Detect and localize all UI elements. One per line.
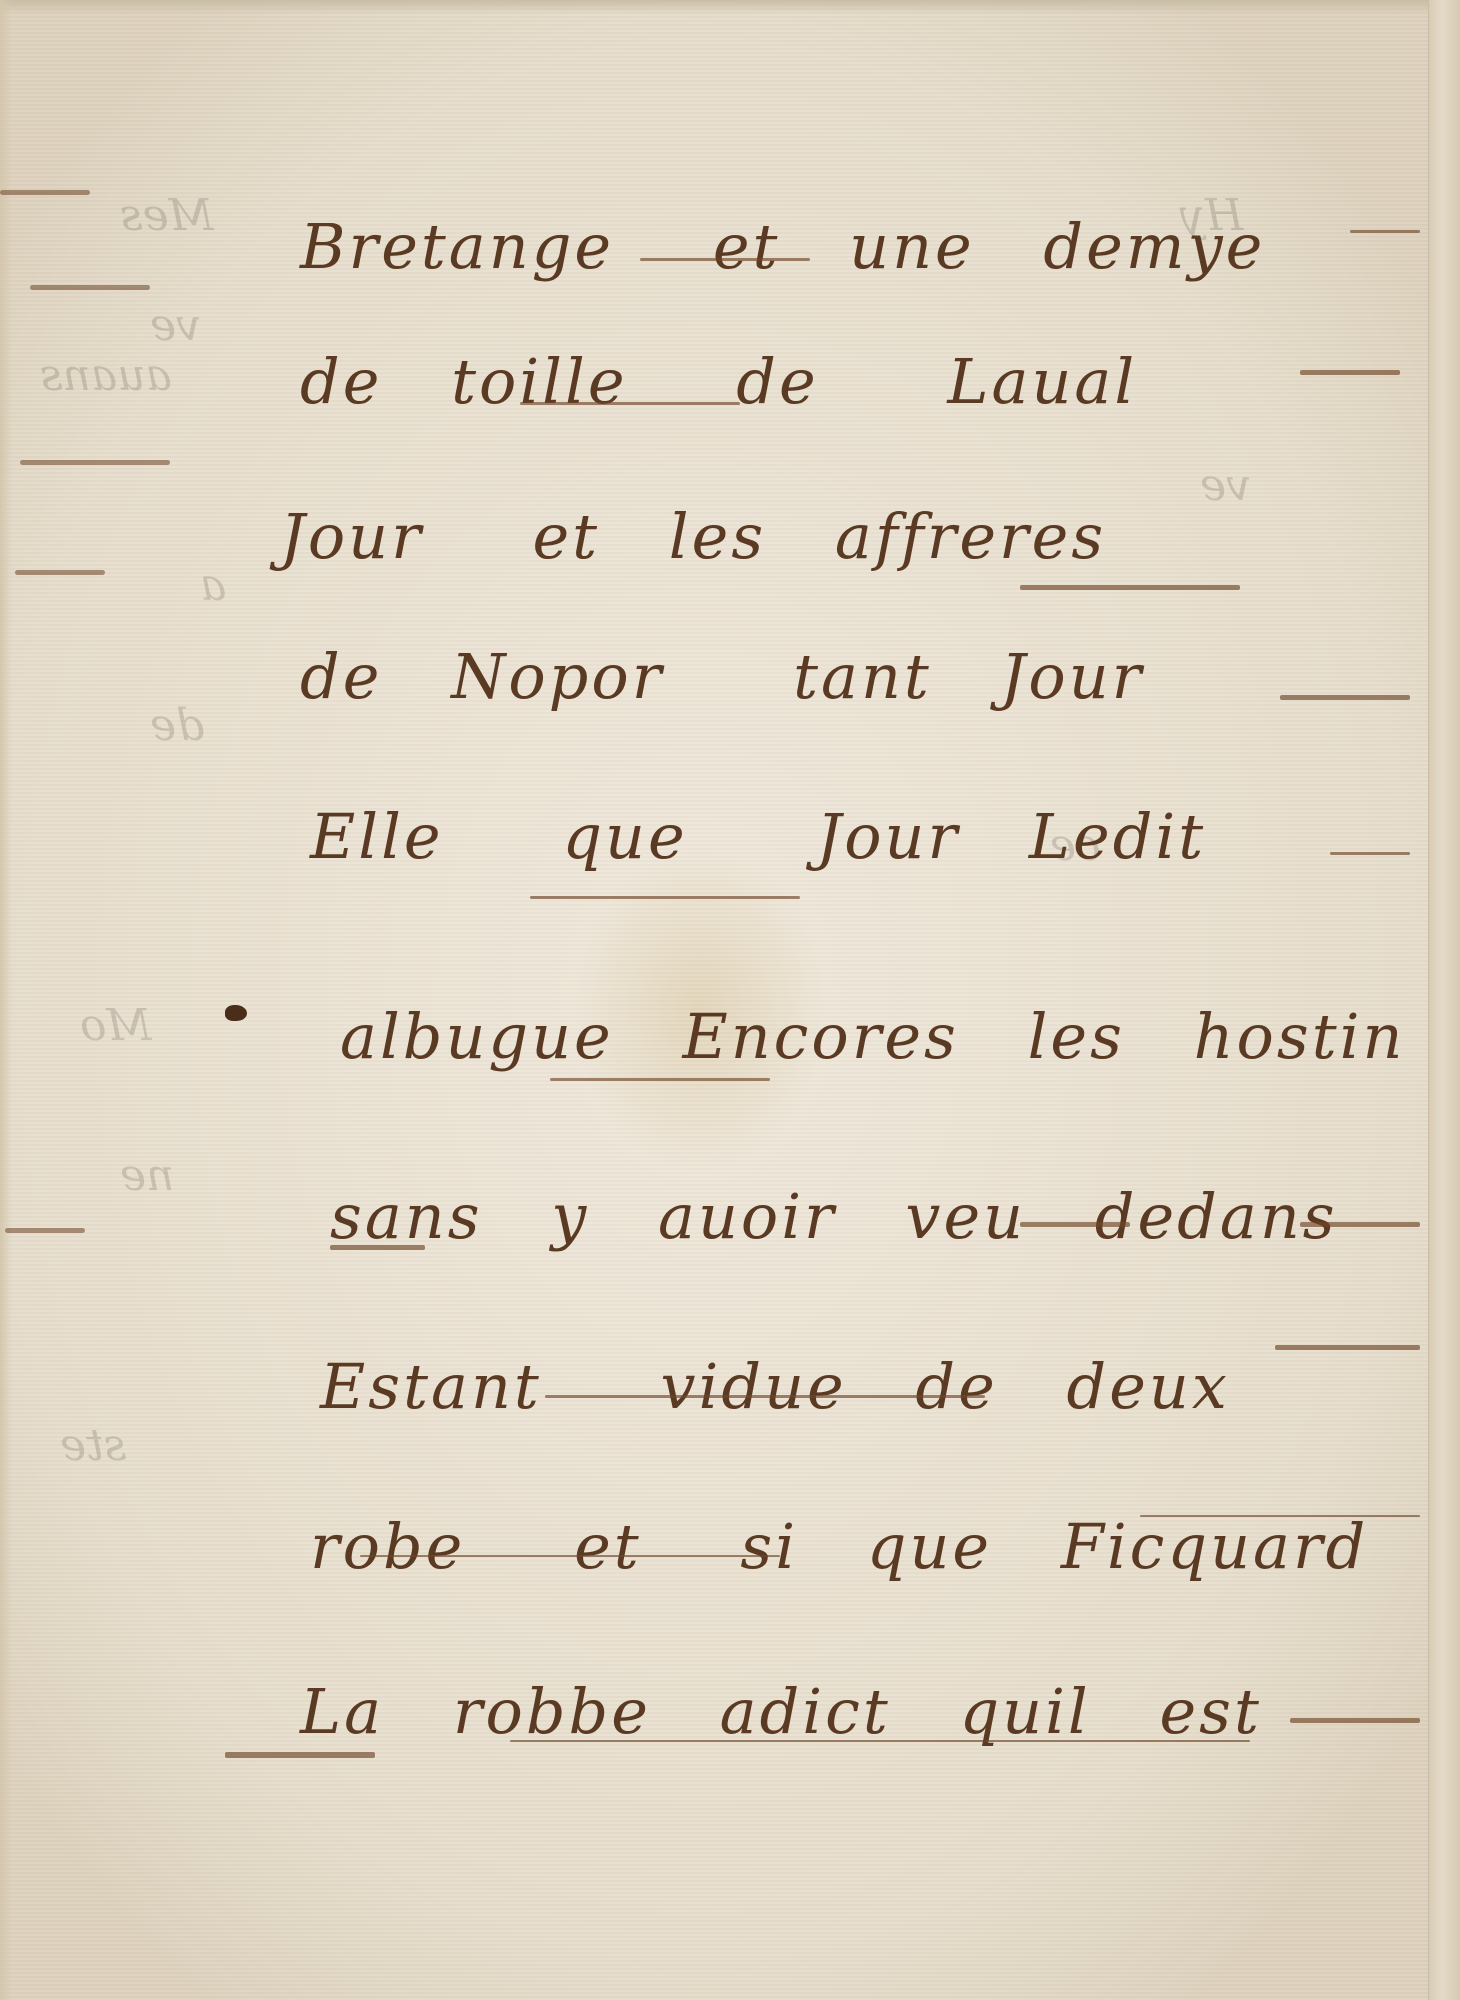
line-flourish — [530, 896, 800, 899]
line-flourish — [1330, 852, 1410, 855]
line-flourish — [1020, 585, 1240, 590]
line-flourish — [1350, 230, 1420, 233]
manuscript-page: Mes ve auans a de Mo ne ste Hy ve ce Bre… — [0, 0, 1460, 2000]
line-flourish — [1280, 695, 1410, 700]
line-flourish — [1300, 370, 1400, 375]
line-flourish — [510, 1740, 1250, 1742]
line-flourish — [1290, 1718, 1420, 1723]
line-flourish — [1275, 1345, 1420, 1350]
line-flourish — [1300, 1222, 1420, 1227]
line-flourish — [1140, 1515, 1420, 1517]
line-flourish — [1020, 1222, 1130, 1227]
line-flourish — [545, 1395, 985, 1398]
line-flourish — [330, 1245, 425, 1250]
flourish-layer — [0, 0, 1460, 2000]
line-flourish — [520, 402, 740, 405]
line-flourish — [225, 1752, 375, 1758]
line-flourish — [550, 1078, 770, 1081]
line-flourish — [640, 258, 810, 261]
line-flourish — [360, 1555, 780, 1557]
